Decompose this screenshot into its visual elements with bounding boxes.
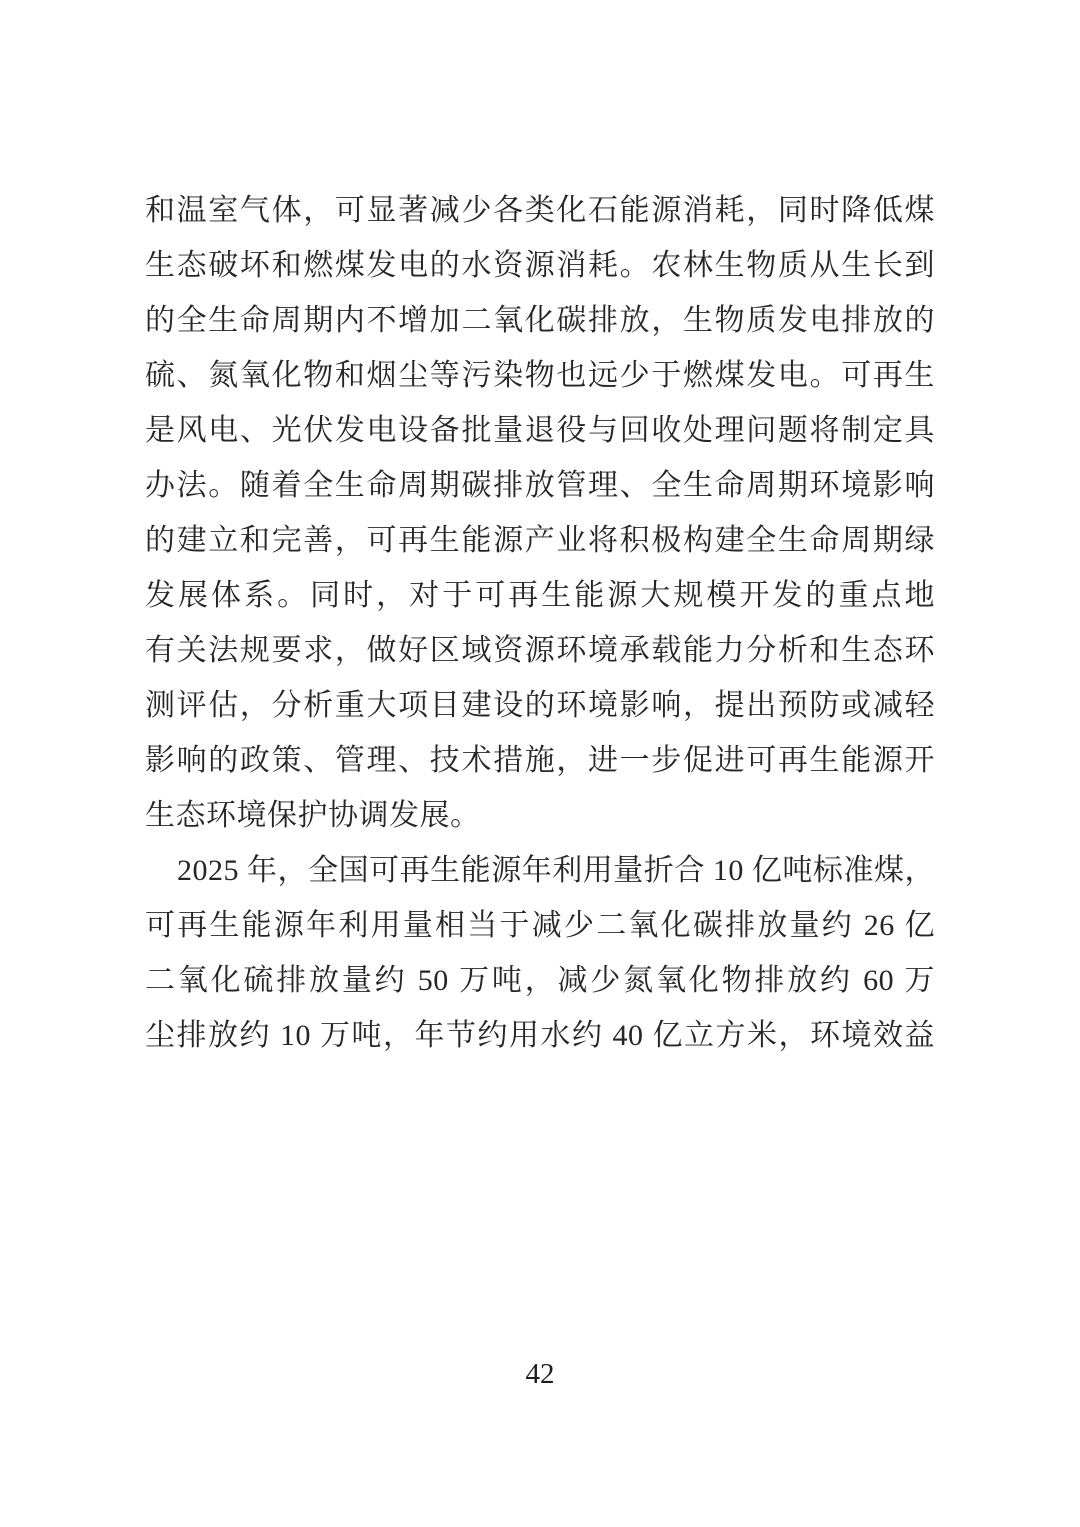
text-line: 的全生命周期内不增加二氧化碳排放，生物质发电排放的二氧化 — [145, 293, 935, 348]
text-line: 影响的政策、管理、技术措施，进一步促进可再生能源开发利用与 — [145, 733, 935, 788]
text-line: 有关法规要求，做好区域资源环境承载能力分析和生态环境影响预 — [145, 623, 935, 678]
text-line: 尘排放约 10 万吨，年节约用水约 40 亿立方米，环境效益显著。 — [145, 1008, 935, 1063]
text-line: 二氧化硫排放量约 50 万吨，减少氮氧化物排放约 60 万吨，减少烟 — [145, 953, 935, 1008]
document-page: 和温室气体，可显著减少各类化石能源消耗，同时降低煤炭开采的生态破坏和燃煤发电的水… — [0, 0, 1080, 1527]
text-line: 生态破坏和燃煤发电的水资源消耗。农林生物质从生长到最终利用 — [145, 238, 935, 293]
text-line: 测评估，分析重大项目建设的环境影响，提出预防或减轻不良环境 — [145, 678, 935, 733]
text-line: 生态环境保护协调发展。 — [145, 788, 935, 843]
page-number: 42 — [0, 1352, 1080, 1396]
text-line: 发展体系。同时，对于可再生能源大规模开发的重点地区，将根据 — [145, 568, 935, 623]
text-line: 可再生能源年利用量相当于减少二氧化碳排放量约 26 亿吨，减少 — [145, 898, 935, 953]
text-block: 和温室气体，可显著减少各类化石能源消耗，同时降低煤炭开采的生态破坏和燃煤发电的水… — [145, 183, 935, 1063]
text-line: 2025 年，全国可再生能源年利用量折合 10 亿吨标准煤，届时 — [145, 843, 935, 898]
text-line: 硫、氮氧化物和烟尘等污染物也远少于燃煤发电。可再生能源尤其 — [145, 348, 935, 403]
text-line: 的建立和完善，可再生能源产业将积极构建全生命周期绿色闭环式 — [145, 513, 935, 568]
text-line: 办法。随着全生命周期碳排放管理、全生命周期环境影响评价体系 — [145, 458, 935, 513]
text-line: 和温室气体，可显著减少各类化石能源消耗，同时降低煤炭开采的 — [145, 183, 935, 238]
text-line: 是风电、光伏发电设备批量退役与回收处理问题将制定具体的管理 — [145, 403, 935, 458]
